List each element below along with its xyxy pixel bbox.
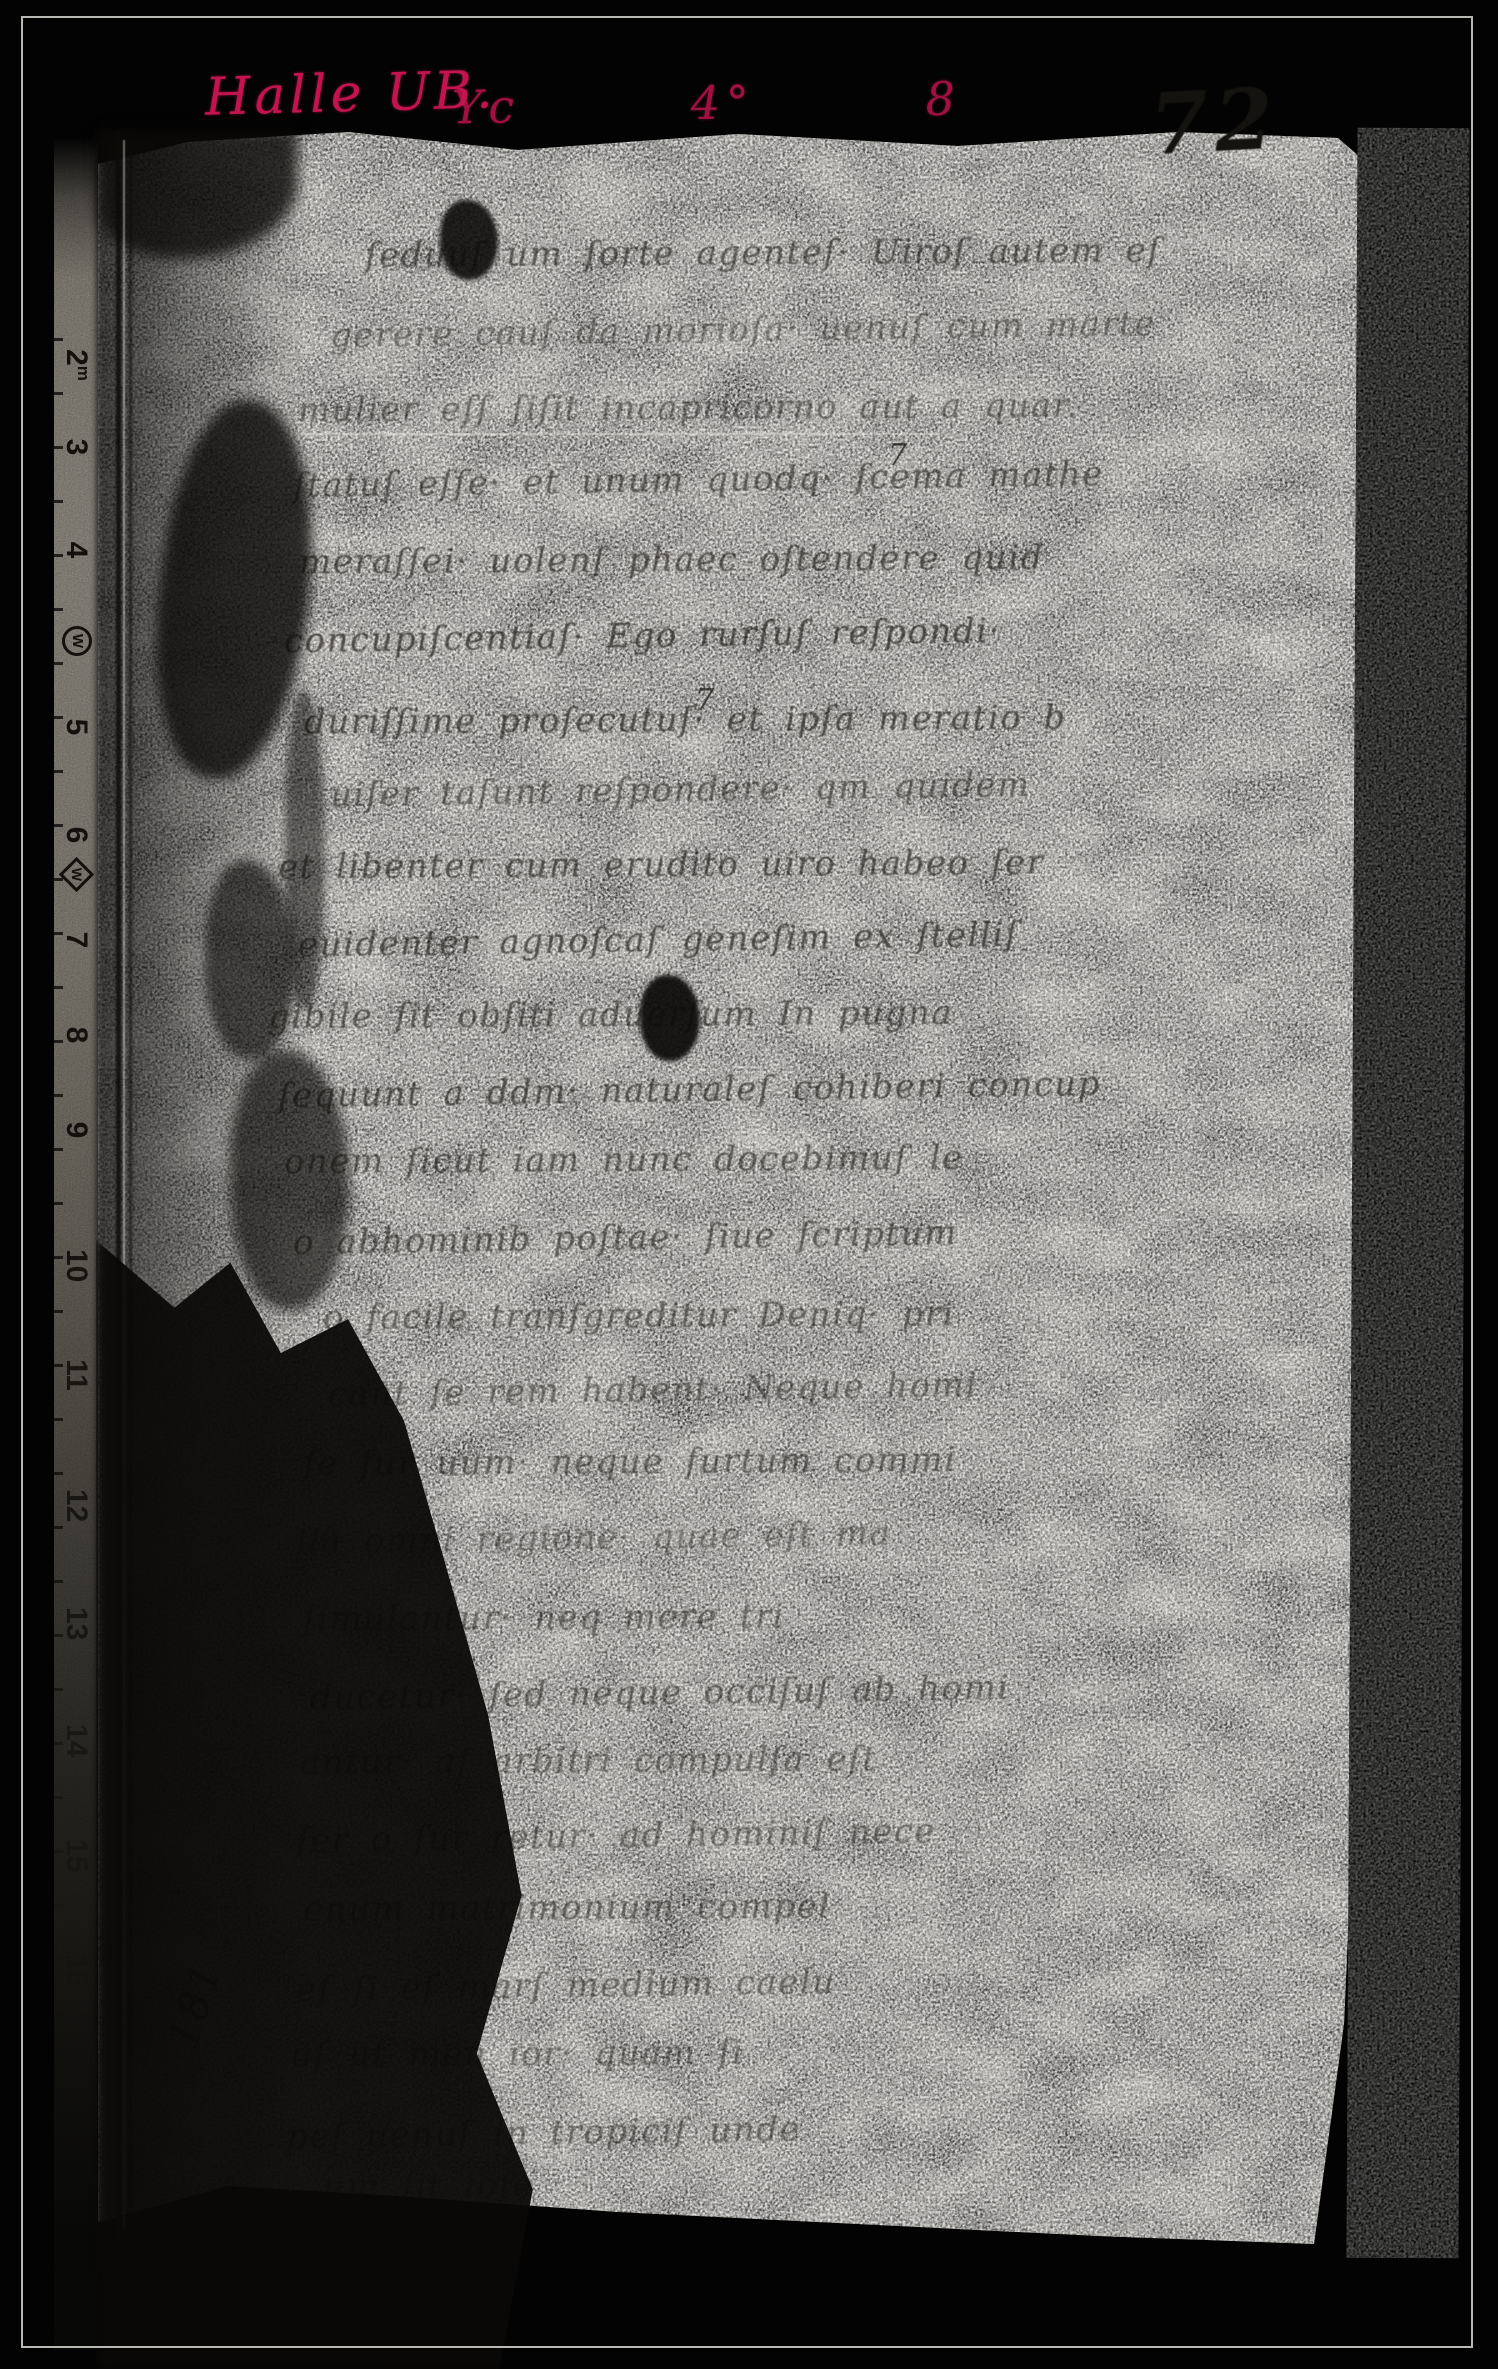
photo-frame-line	[21, 16, 1473, 2348]
manuscript-photo: W W 2m345678910111213141516 ſeduuſ um ſo…	[0, 0, 1498, 2369]
